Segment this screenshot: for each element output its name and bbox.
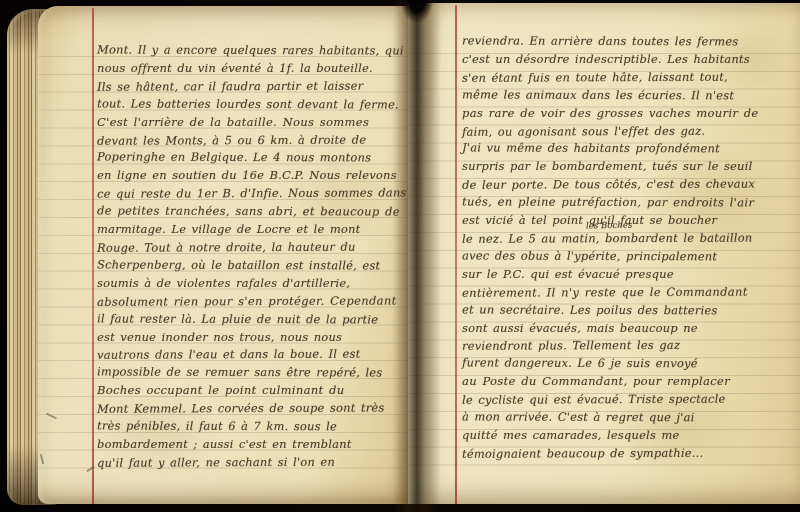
handwritten-line: tués, en pleine putréfaction, par endroi… <box>462 194 800 213</box>
handwritten-line: Boches occupant le point culminant du <box>97 382 408 400</box>
left-page: Mont. Il y a encore quelques rares habit… <box>38 6 408 504</box>
handwritten-line: qu'il faut y aller, ne sachant si l'on e… <box>97 453 408 472</box>
red-margin-line <box>455 5 457 504</box>
handwritten-line: Scherpenberg, où le bataillon est instal… <box>97 256 408 275</box>
handwritten-line: il faut rester là. La pluie de nuit de l… <box>97 310 408 329</box>
handwritten-line: Rouge. Tout à notre droite, la hauteur d… <box>97 238 408 257</box>
handwritten-line: Poperinghe en Belgique. Le 4 nous monton… <box>97 149 408 168</box>
handwritten-line: en ligne en soutien du 16e B.C.P. Nous r… <box>97 167 408 185</box>
handwritten-line: ce qui reste du 1er B. d'Infie. Nous som… <box>97 185 408 204</box>
handwritten-line: c'est un désordre indescriptible. Les ha… <box>462 51 800 69</box>
handwritten-line: sur le P.C. qui est évacué presque <box>462 266 800 284</box>
handwritten-line: à mon arrivée. C'est à regret que j'ai <box>462 408 800 427</box>
handwritten-line: avec des obus à l'ypérite, principalemen… <box>462 247 800 266</box>
handwritten-line: bombardement ; aussi c'est en tremblant <box>97 436 408 454</box>
handwritten-line: très pénibles, il faut 6 à 7 km. sous le <box>97 417 408 436</box>
handwritten-line: de petites tranchées, sans abri, et beau… <box>97 203 408 222</box>
handwritten-text-left: Mont. Il y a encore quelques rares habit… <box>97 42 408 472</box>
handwritten-line: quitté mes camarades, lesquels me <box>462 427 800 445</box>
handwritten-line: Mont Kemmel. Les corvées de soupe sont t… <box>97 399 408 418</box>
handwritten-line: témoignaient beaucoup de sympathie... <box>462 444 800 463</box>
handwritten-line: J'ai vu même des habitants profondément <box>462 140 800 159</box>
handwritten-line: entièrement. Il n'y reste que le Command… <box>462 283 800 302</box>
right-page: reviendra. En arrière dans toutes les fe… <box>408 3 800 504</box>
handwritten-line: le cycliste qui est évacué. Triste spect… <box>462 390 800 409</box>
handwritten-line: Mont. Il y a encore quelques rares habit… <box>97 41 408 60</box>
handwritten-line: tout. Les batteries lourdes sont devant … <box>97 95 408 114</box>
handwritten-line: est venue inonder nos trous, nous nous <box>97 329 408 347</box>
handwritten-line: faim, ou agonisant sous l'effet des gaz. <box>462 122 800 141</box>
handwritten-text-right: reviendra. En arrière dans toutes les fe… <box>462 33 800 463</box>
handwritten-line: même les animaux dans les écuries. Il n'… <box>462 86 800 105</box>
photo-backdrop: Mont. Il y a encore quelques rares habit… <box>0 0 800 512</box>
interline-insertion: les Boches <box>586 222 632 232</box>
handwritten-line: de leur porte. De tous côtés, c'est des … <box>462 175 800 194</box>
handwritten-line: furent dangereux. Le 6 je suis envoyé <box>462 355 800 374</box>
handwritten-line: vautrons dans l'eau et dans la boue. Il … <box>97 346 408 365</box>
handwritten-line: reviendront plus. Tellement les gaz <box>462 337 800 356</box>
handwritten-line: le nez. Le 5 au matin, bombardent le bat… <box>462 229 800 248</box>
handwritten-line: impossible de se remuer sans être repéré… <box>97 364 408 383</box>
handwritten-line: C'est l'arrière de la bataille. Nous som… <box>97 114 408 132</box>
handwritten-line: et un secrétaire. Les poilus des batteri… <box>462 301 800 320</box>
red-margin-line <box>92 8 94 504</box>
handwritten-line: reviendra. En arrière dans toutes les fe… <box>462 32 800 51</box>
handwritten-line: nous offrent du vin éventé à 1f. la bout… <box>97 60 408 78</box>
handwritten-line: soumis à de violentes rafales d'artiller… <box>97 275 408 293</box>
handwritten-line: au Poste du Commandant, pour remplacer <box>462 373 800 391</box>
handwritten-line: marmitage. Le village de Locre et le mon… <box>97 221 408 239</box>
handwritten-line: pas rare de voir des grosses vaches mour… <box>462 105 800 123</box>
handwritten-line: surpris par le bombardement, tués sur le… <box>462 158 800 176</box>
handwritten-line: s'en étant fuis en toute hâte, laissant … <box>462 68 800 87</box>
handwritten-line: Ils se hâtent, car il faudra partir et l… <box>97 77 408 96</box>
handwritten-line: sont aussi évacués, mais beaucoup ne <box>462 320 800 338</box>
handwritten-line: devant les Monts, à 5 ou 6 km. à droite … <box>97 131 408 150</box>
handwritten-line: absolument rien pour s'en protéger. Cepe… <box>97 292 408 311</box>
